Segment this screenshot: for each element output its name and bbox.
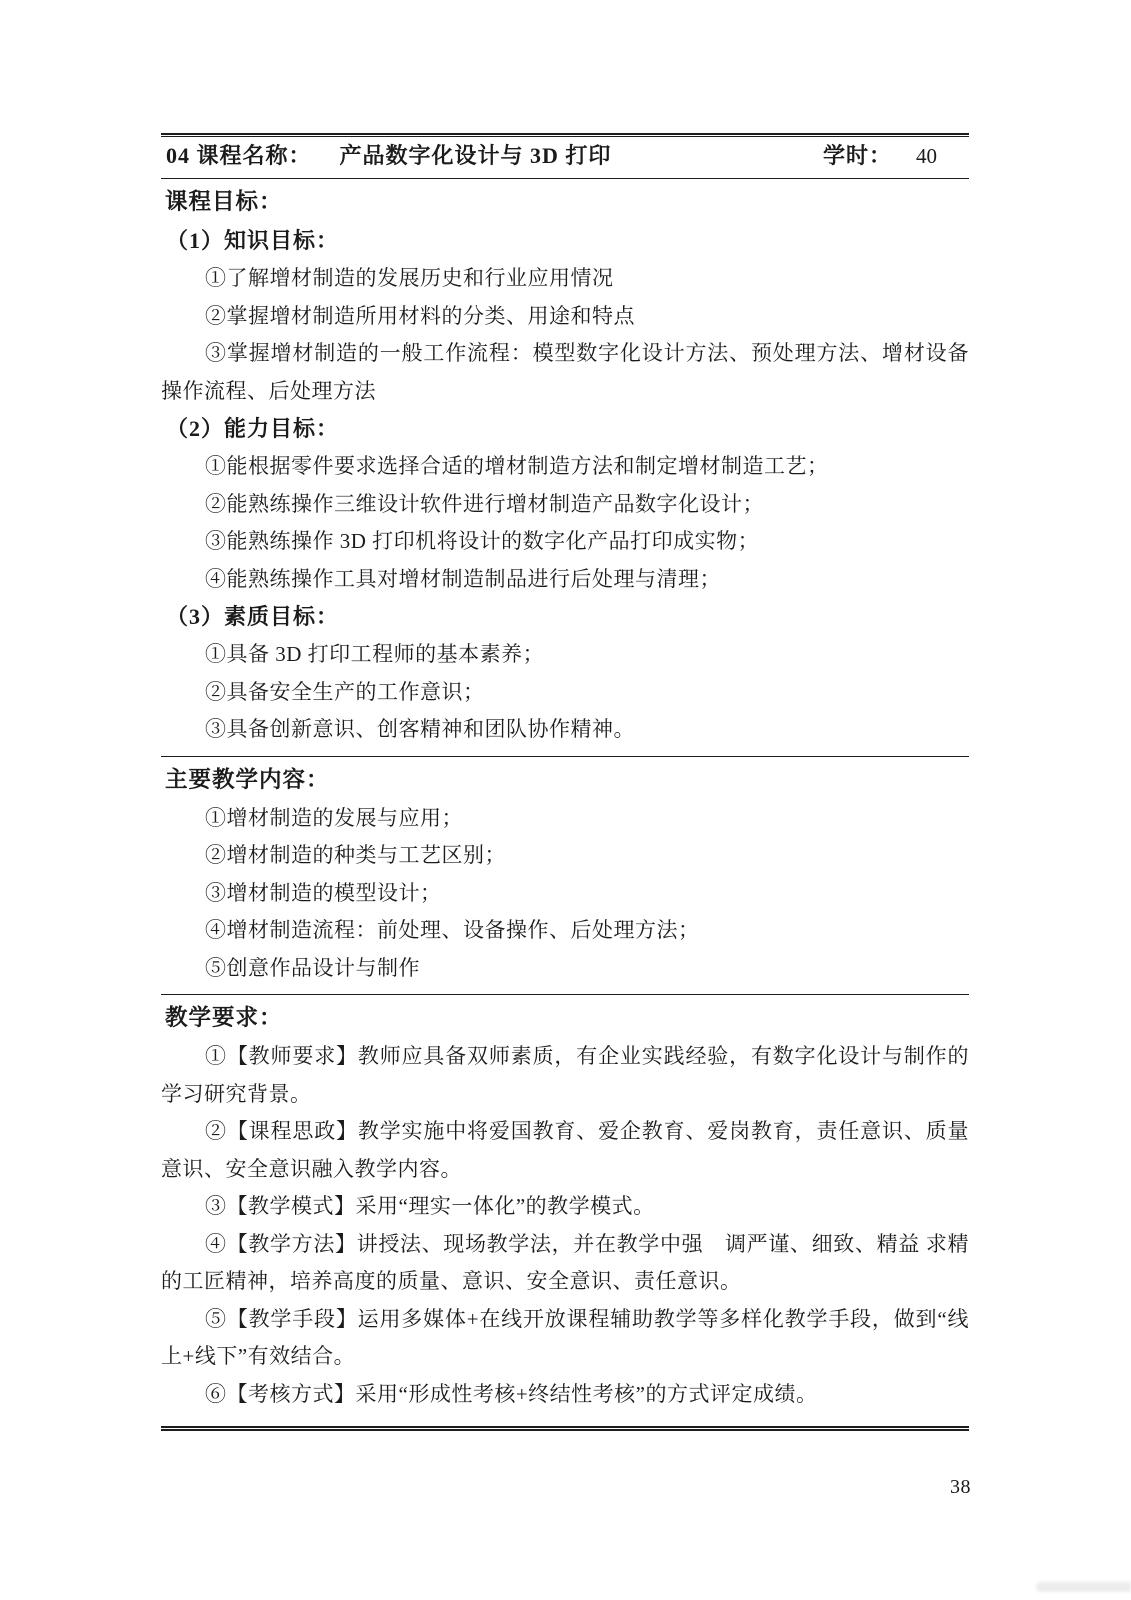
hours-group: 学时： 40 [823, 142, 937, 170]
objective-item: ①能根据零件要求选择合适的增材制造方法和制定增材制造工艺； [161, 448, 969, 486]
teaching-content-item: ⑤创意作品设计与制作 [161, 950, 969, 988]
hours-value: 40 [916, 142, 937, 170]
course-name: 产品数字化设计与 3D 打印 [340, 142, 612, 170]
group-heading-knowledge: （1）知识目标： [161, 222, 969, 260]
objective-item: ③掌握增材制造的一般工作流程：模型数字化设计方法、预处理方法、增材设备操作流程、… [161, 335, 969, 410]
section-title-requirements: 教学要求： [161, 998, 969, 1038]
bottom-double-rule [161, 1426, 969, 1431]
section-title-teaching-content: 主要教学内容： [161, 760, 969, 800]
section-teaching-content: 主要教学内容： ①增材制造的发展与应用； ②增材制造的种类与工艺区别； ③增材制… [161, 757, 969, 995]
objective-item: ④能熟练操作工具对增材制造制品进行后处理与清理； [161, 561, 969, 599]
document-page: 04 课程名称： 产品数字化设计与 3D 打印 学时： 40 课程目标： （1）… [0, 0, 1131, 1600]
objective-item: ①了解增材制造的发展历史和行业应用情况 [161, 260, 969, 298]
requirement-item: ②【课程思政】教学实施中将爱国教育、爱企教育、爱岗教育，责任意识、质量意识、安全… [161, 1113, 969, 1188]
objective-item: ③能熟练操作 3D 打印机将设计的数字化产品打印成实物； [161, 523, 969, 561]
section-teaching-requirements: 教学要求： ①【教师要求】教师应具备双师素质，有企业实践经验，有数字化设计与制作… [161, 995, 969, 1420]
objective-item: ②掌握增材制造所用材料的分类、用途和特点 [161, 298, 969, 336]
objective-item: ②具备安全生产的工作意识； [161, 674, 969, 712]
course-header: 04 课程名称： 产品数字化设计与 3D 打印 学时： 40 [161, 137, 969, 178]
teaching-content-item: ③增材制造的模型设计； [161, 875, 969, 913]
scan-artifact [1036, 1582, 1131, 1592]
group-heading-quality: （3）素质目标： [161, 598, 969, 636]
requirement-item: ①【教师要求】教师应具备双师素质，有企业实践经验，有数字化设计与制作的学习研究背… [161, 1038, 969, 1113]
objective-item: ③具备创新意识、创客精神和团队协作精神。 [161, 711, 969, 749]
section-title-objectives: 课程目标： [161, 182, 969, 222]
group-heading-ability: （2）能力目标： [161, 410, 969, 448]
course-card: 04 课程名称： 产品数字化设计与 3D 打印 学时： 40 课程目标： （1）… [161, 133, 969, 1431]
teaching-content-item: ②增材制造的种类与工艺区别； [161, 837, 969, 875]
requirement-item: ⑥【考核方式】采用“形成性考核+终结性考核”的方式评定成绩。 [161, 1376, 969, 1414]
objective-item: ②能熟练操作三维设计软件进行增材制造产品数字化设计； [161, 486, 969, 524]
requirement-item: ③【教学模式】采用“理实一体化”的教学模式。 [161, 1188, 969, 1226]
hours-label: 学时： [823, 142, 892, 170]
teaching-content-item: ①增材制造的发展与应用； [161, 800, 969, 838]
requirement-item: ⑤【教学手段】运用多媒体+在线开放课程辅助教学等多样化教学手段，做到“线上+线下… [161, 1301, 969, 1376]
page-number: 38 [950, 1476, 971, 1499]
course-number-label: 04 课程名称： [166, 142, 312, 170]
teaching-content-item: ④增材制造流程：前处理、设备操作、后处理方法； [161, 912, 969, 950]
objective-item: ①具备 3D 打印工程师的基本素养； [161, 636, 969, 674]
requirement-item: ④【教学方法】讲授法、现场教学法，并在教学中强 调严谨、细致、精益 求精的工匠精… [161, 1226, 969, 1301]
section-course-objectives: 课程目标： （1）知识目标： ①了解增材制造的发展历史和行业应用情况 ②掌握增材… [161, 179, 969, 756]
